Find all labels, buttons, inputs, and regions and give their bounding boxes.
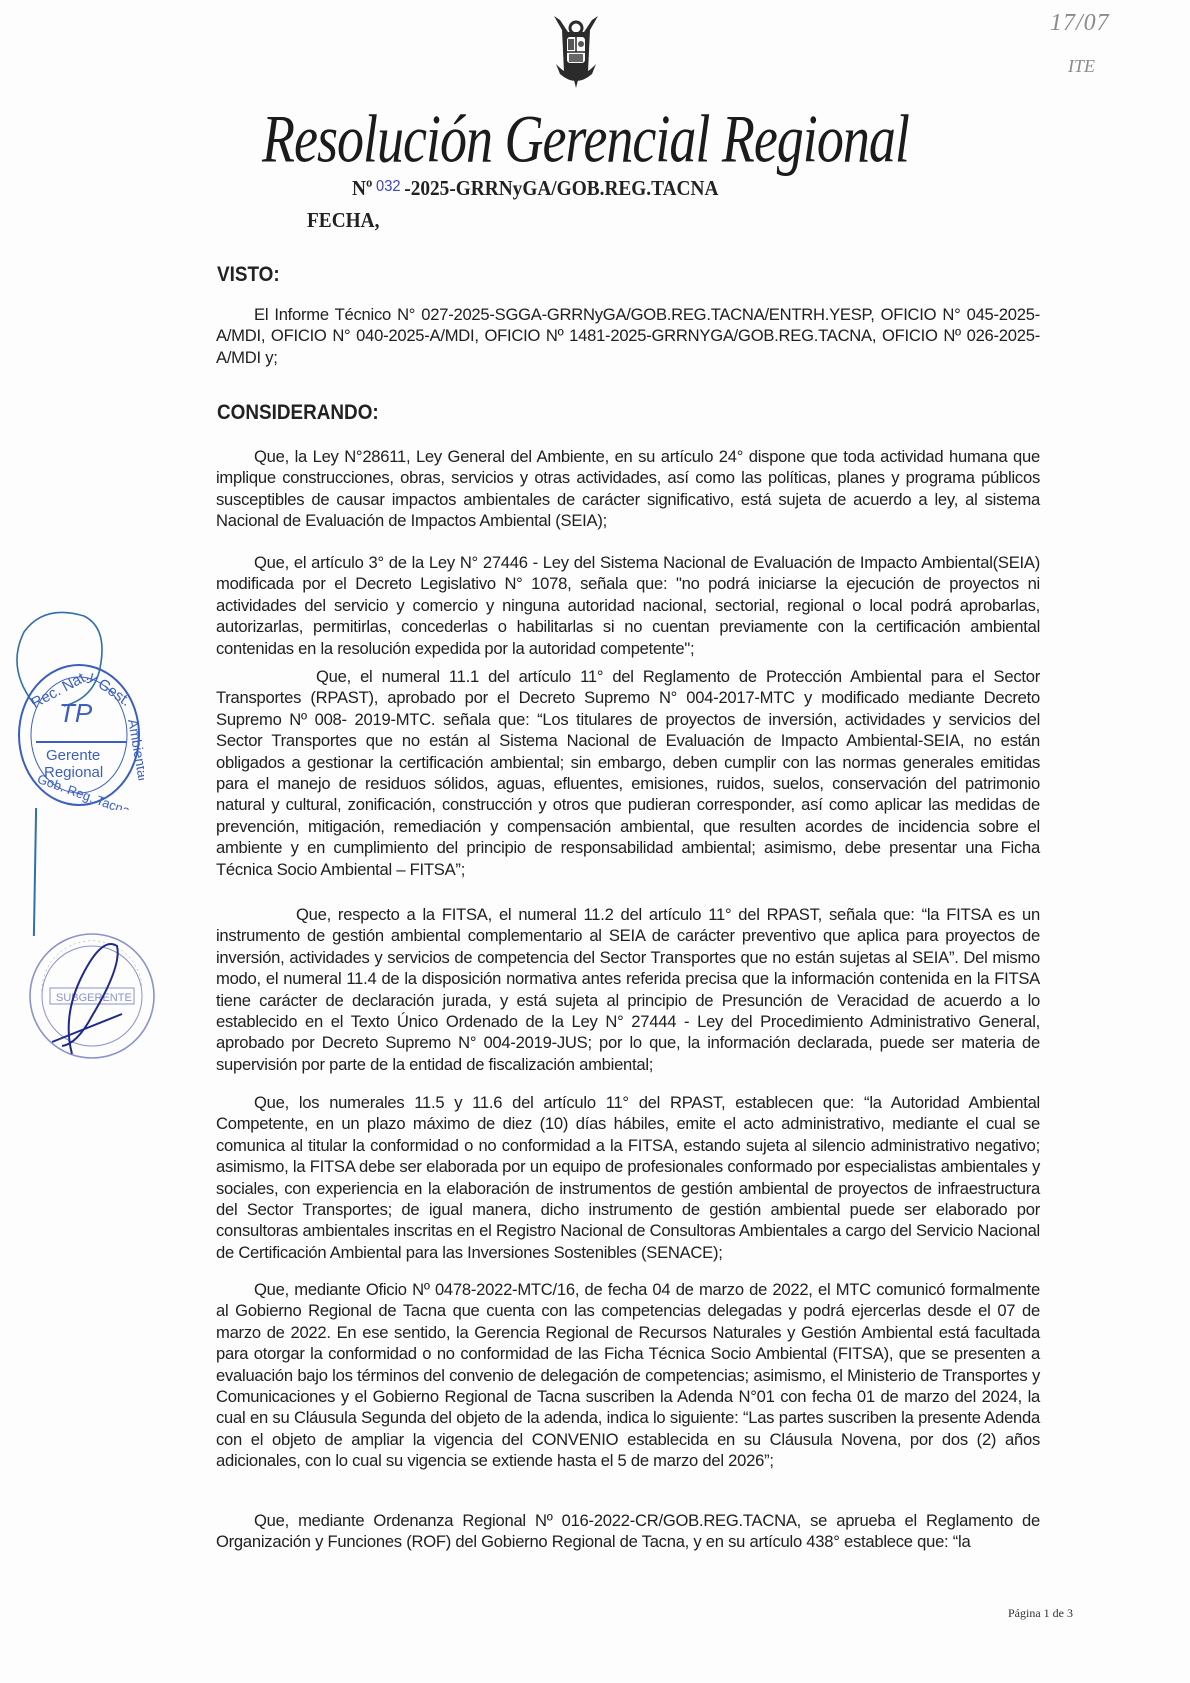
gerente-regional-stamp-icon: Rec. Nat. y Gest. Ambiental TP Gerente R… [14, 660, 144, 810]
visto-heading: VISTO: [217, 263, 280, 287]
signature-line [33, 808, 37, 936]
svg-text:Ambiental: Ambiental [125, 718, 144, 782]
peru-coat-of-arms-icon [548, 12, 604, 90]
handwritten-date: 17/07 [1050, 10, 1110, 37]
fecha-label: FECHA, [307, 208, 379, 233]
handwritten-number: 032 [376, 178, 401, 195]
considerando-paragraph: Que, respecto a la FITSA, el numeral 11.… [216, 904, 1040, 1075]
svg-text:Gerente: Gerente [46, 747, 100, 764]
number-prefix: Nº [352, 176, 372, 200]
considerando-paragraph: Que, los numerales 11.5 y 11.6 del artíc… [216, 1092, 1040, 1263]
document-title: Resolución Gerencial Regional [262, 100, 962, 178]
svg-text:TP: TP [59, 698, 93, 728]
visto-paragraph: El Informe Técnico N° 027-2025-SGGA-GRRN… [216, 304, 1040, 368]
considerando-paragraph: Que, la Ley N°28611, Ley General del Amb… [216, 446, 1040, 532]
considerando-paragraph: Que, mediante Oficio Nº 0478-2022-MTC/16… [216, 1279, 1040, 1472]
handwritten-initials: ITE [1068, 56, 1095, 77]
considerando-paragraph: Que, el numeral 11.1 del artículo 11° de… [216, 666, 1040, 880]
resolution-number: Nº032-2025-GRRNyGA/GOB.REG.TACNA [352, 176, 718, 201]
page-number: Página 1 de 3 [1008, 1606, 1073, 1621]
subgerente-stamp-icon: SUBGERENTE [22, 926, 162, 1066]
considerando-heading: CONSIDERANDO: [217, 401, 379, 425]
svg-text:SUBGERENTE: SUBGERENTE [56, 992, 132, 1004]
document-page: 17/07 ITE Resolución Gerencial Regional … [0, 0, 1190, 1683]
considerando-paragraph: Que, mediante Ordenanza Regional Nº 016-… [216, 1510, 1040, 1553]
considerando-paragraph: Que, el artículo 3° de la Ley N° 27446 -… [216, 552, 1040, 659]
number-suffix: -2025-GRRNyGA/GOB.REG.TACNA [404, 176, 718, 200]
